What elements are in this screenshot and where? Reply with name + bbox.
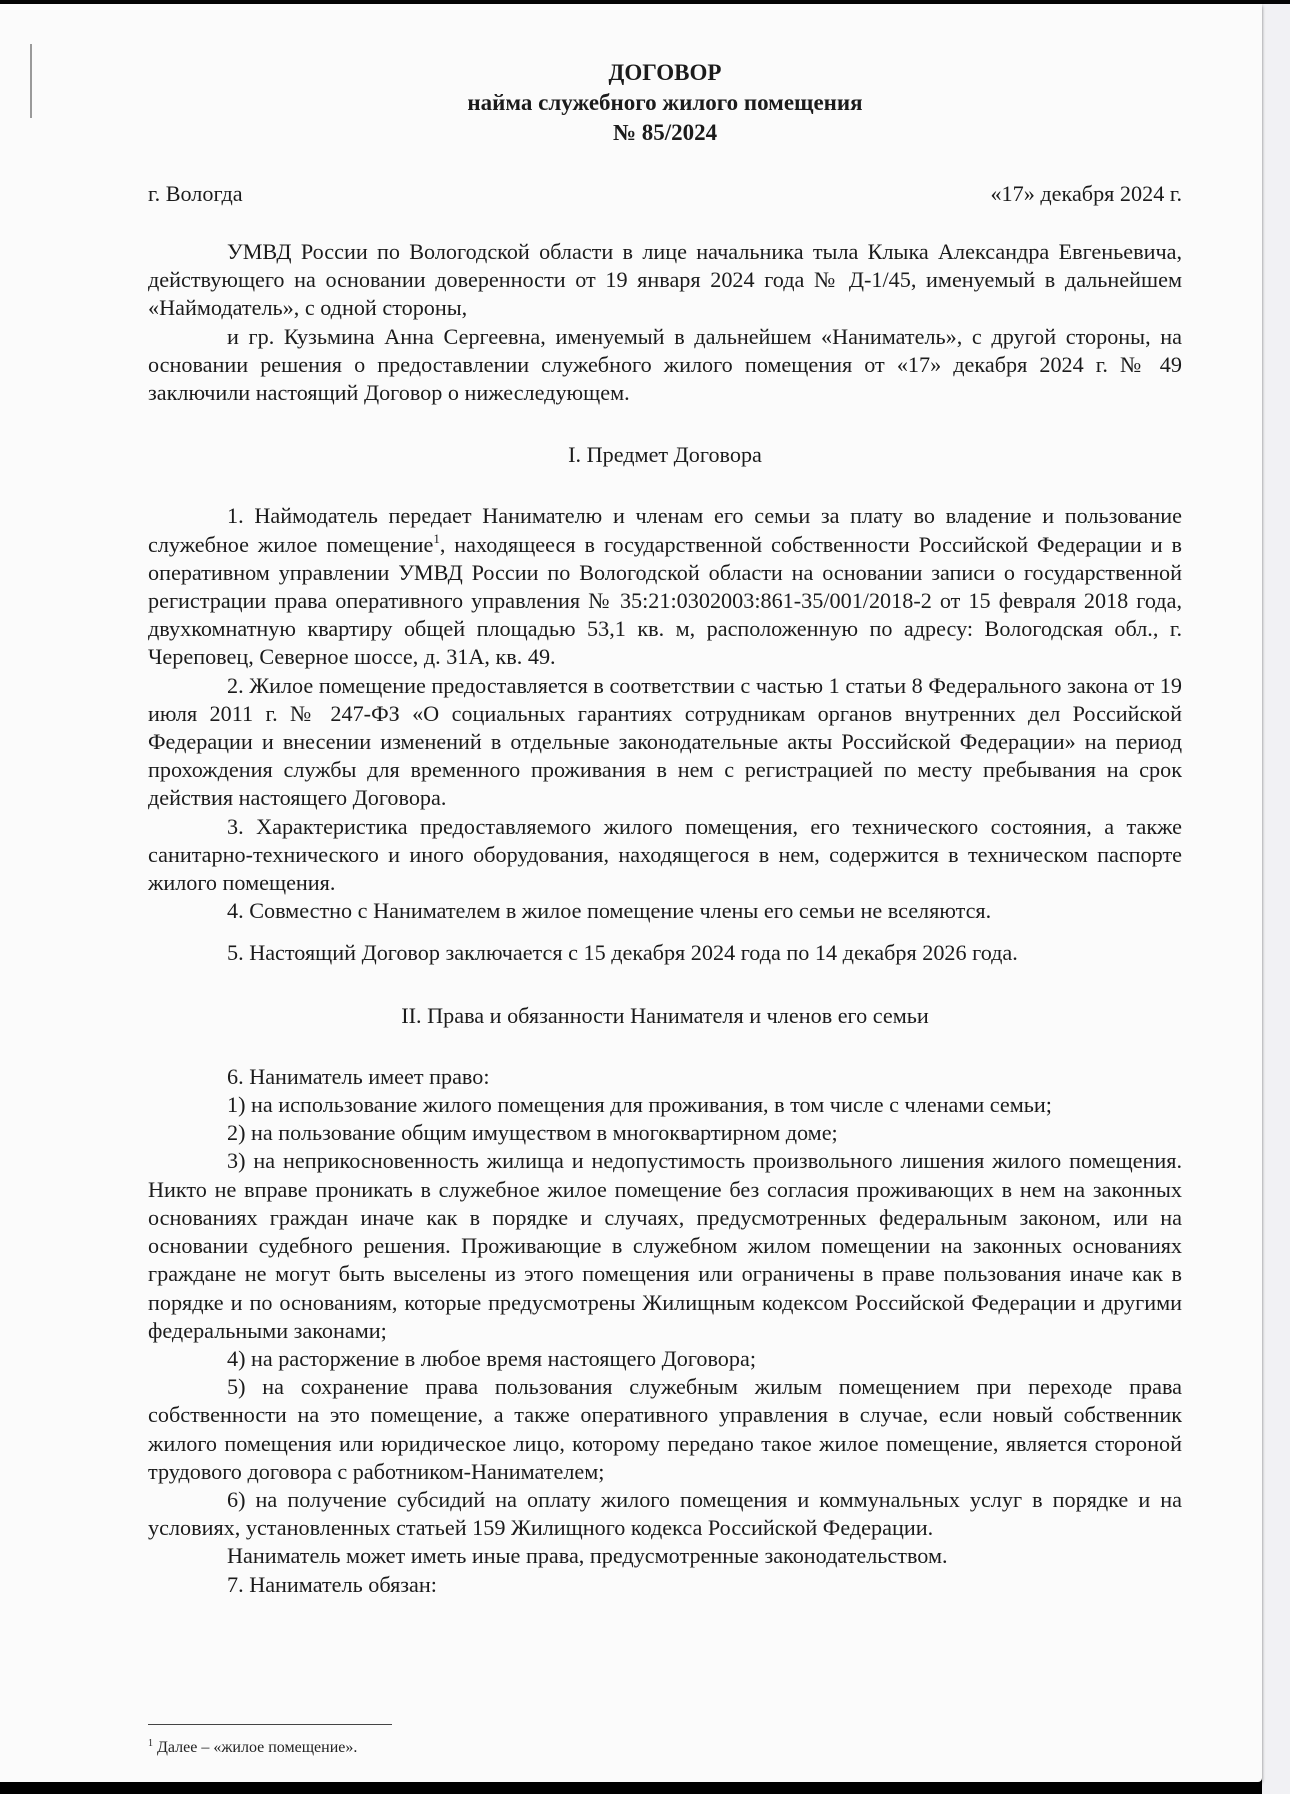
footnote: 1Далее – «жилое помещение». [148,1738,357,1757]
section-heading-rights: II. Права и обязанности Нанимателя и чле… [148,1002,1182,1030]
document-subtitle: найма служебного жилого помещения [148,88,1182,118]
clause-7: 7. Наниматель обязан: [148,1571,1182,1599]
place-date-line: г. Вологда «17» декабря 2024 г. [148,180,1182,208]
clause-1: 1. Наймодатель передает Нанимателю и чле… [148,502,1182,671]
other-rights: Наниматель может иметь иные права, преду… [148,1542,1182,1570]
right-item-5: 5) на сохранение права пользования служе… [148,1373,1182,1486]
document-number: № 85/2024 [148,118,1182,148]
document-place: г. Вологда [148,180,243,208]
footnote-text: Далее – «жилое помещение». [157,1739,357,1756]
document-body: ДОГОВОР найма служебного жилого помещени… [148,58,1182,1599]
section-heading-subject: I. Предмет Договора [148,441,1182,469]
clause-3: 3. Характеристика предоставляемого жилог… [148,813,1182,898]
margin-mark [30,44,32,118]
right-item-6: 6) на получение субсидий на оплату жилог… [148,1486,1182,1542]
preamble-tenant: и гр. Кузьмина Анна Сергеевна, именуемый… [148,323,1182,408]
document-title: ДОГОВОР [148,58,1182,88]
document-date: «17» декабря 2024 г. [990,180,1182,208]
preamble-landlord: УМВД России по Вологодской области в лиц… [148,238,1182,323]
background-strip [1262,4,1290,1794]
footnote-separator [148,1724,392,1725]
footnote-number: 1 [148,1738,153,1749]
right-item-1: 1) на использование жилого помещения для… [148,1091,1182,1119]
clause-2: 2. Жилое помещение предоставляется в соо… [148,672,1182,813]
right-item-4: 4) на расторжение в любое время настояще… [148,1345,1182,1373]
clause-5: 5. Настоящий Договор заключается с 15 де… [148,939,1182,967]
clause-4: 4. Совместно с Нанимателем в жилое помещ… [148,897,1182,925]
right-item-2: 2) на пользование общим имуществом в мно… [148,1119,1182,1147]
right-item-3: 3) на неприкосновенность жилища и недопу… [148,1147,1182,1344]
clause-6: 6. Наниматель имеет право: [148,1063,1182,1091]
